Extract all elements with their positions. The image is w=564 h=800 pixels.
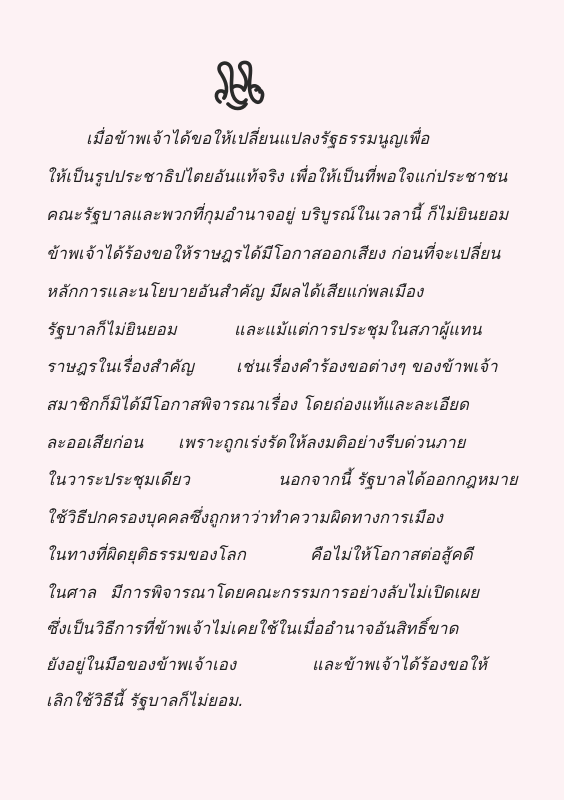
text-line-4: ข้าพเจ้าได้ร้องขอให้ราษฎรได้มีโอกาสออกเส… xyxy=(46,239,534,269)
text-line-11: ใช้วิธีปกครองบุคคลซึ่งถูกหาว่าทำความผิดท… xyxy=(46,503,534,533)
text-line-9: ละออเสียก่อน เพราะถูกเร่งรัดให้ลงมติอย่า… xyxy=(46,428,534,458)
text-line-12: ในทางที่ผิดยุติธรรมของโลก คือไม่ให้โอกาส… xyxy=(46,540,534,570)
text-line-16: เลิกใช้วิธีนี้ รัฐบาลก็ไม่ยอม. xyxy=(46,686,534,716)
line-segment: รัฐบาลก็ไม่ยินยอม xyxy=(46,315,177,345)
text-line-5: หลักการและนโยบายอันสำคัญ มีผลได้เสียแก่พ… xyxy=(46,277,534,307)
line-segment: ในทางที่ผิดยุติธรรมของโลก xyxy=(46,540,246,570)
text-line-2: ให้เป็นรูปประชาธิปไตยอันแท้จริง เพื่อให้… xyxy=(46,162,534,192)
text-line-10: ในวาระประชุมเดียว นอกจากนี้ รัฐบาลได้ออก… xyxy=(46,465,534,495)
line-segment: เช่นเรื่องคำร้องขอต่างๆ ของข้าพเจ้า xyxy=(236,352,498,382)
line-segment: ใช้วิธีปกครองบุคคลซึ่งถูกหาว่าทำความผิดท… xyxy=(46,503,443,533)
line-segment: มีการพิจารณาโดยคณะกรรมการอย่างลับไม่เปิด… xyxy=(110,578,479,608)
text-line-14: ซึ่งเป็นวิธีการที่ข้าพเจ้าไม่เคยใช้ในเมื… xyxy=(46,614,534,644)
line-segment: ซึ่งเป็นวิธีการที่ข้าพเจ้าไม่เคยใช้ในเมื… xyxy=(46,614,459,644)
line-segment: คือไม่ให้โอกาสต่อสู้คดี xyxy=(310,540,473,570)
text-line-1: เมื่อข้าพเจ้าได้ขอให้เปลี่ยนแปลงรัฐธรรมน… xyxy=(46,124,534,154)
line-segment: ยังอยู่ในมือของข้าพเจ้าเอง xyxy=(46,650,236,680)
line-segment: ในศาล xyxy=(46,578,96,608)
line-segment: คณะรัฐบาลและพวกที่กุมอำนาจอยู่ บริบูรณ์ใ… xyxy=(46,200,508,230)
text-line-6: รัฐบาลก็ไม่ยินยอม และแม้แต่การประชุมในสภ… xyxy=(46,315,534,345)
line-segment: ให้เป็นรูปประชาธิปไตยอันแท้จริง เพื่อให้… xyxy=(46,162,507,192)
line-segment: ข้าพเจ้าได้ร้องขอให้ราษฎรได้มีโอกาสออกเส… xyxy=(46,239,501,269)
text-line-15: ยังอยู่ในมือของข้าพเจ้าเอง และข้าพเจ้าได… xyxy=(46,650,534,680)
text-line-3: คณะรัฐบาลและพวกที่กุมอำนาจอยู่ บริบูรณ์ใ… xyxy=(46,200,534,230)
line-segment: ละออเสียก่อน xyxy=(46,428,143,458)
line-segment: เมื่อข้าพเจ้าได้ขอให้เปลี่ยนแปลงรัฐธรรมน… xyxy=(86,124,429,154)
line-segment: สมาชิกก็มิได้มีโอกาสพิจารณาเรื่อง โดยถ่อ… xyxy=(46,390,469,420)
line-segment: และข้าพเจ้าได้ร้องขอให้ xyxy=(312,650,487,680)
line-segment: ในวาระประชุมเดียว xyxy=(46,465,190,495)
royal-monogram-icon xyxy=(206,58,272,112)
line-segment: เพราะถูกเร่งรัดให้ลงมติอย่างรีบด่วนภาย xyxy=(178,428,466,458)
text-line-13: ในศาล มีการพิจารณาโดยคณะกรรมการอย่างลับไ… xyxy=(46,578,534,608)
line-segment: นอกจากนี้ รัฐบาลได้ออกกฎหมาย xyxy=(278,465,518,495)
text-line-8: สมาชิกก็มิได้มีโอกาสพิจารณาเรื่อง โดยถ่อ… xyxy=(46,390,534,420)
text-line-7: ราษฎรในเรื่องสำคัญ เช่นเรื่องคำร้องขอต่า… xyxy=(46,352,534,382)
handwritten-document-page: เมื่อข้าพเจ้าได้ขอให้เปลี่ยนแปลงรัฐธรรมน… xyxy=(0,0,564,800)
line-segment: หลักการและนโยบายอันสำคัญ มีผลได้เสียแก่พ… xyxy=(46,277,423,307)
line-segment: เลิกใช้วิธีนี้ รัฐบาลก็ไม่ยอม. xyxy=(46,686,244,716)
line-segment: และแม้แต่การประชุมในสภาผู้แทน xyxy=(234,315,482,345)
line-segment: ราษฎรในเรื่องสำคัญ xyxy=(46,352,194,382)
